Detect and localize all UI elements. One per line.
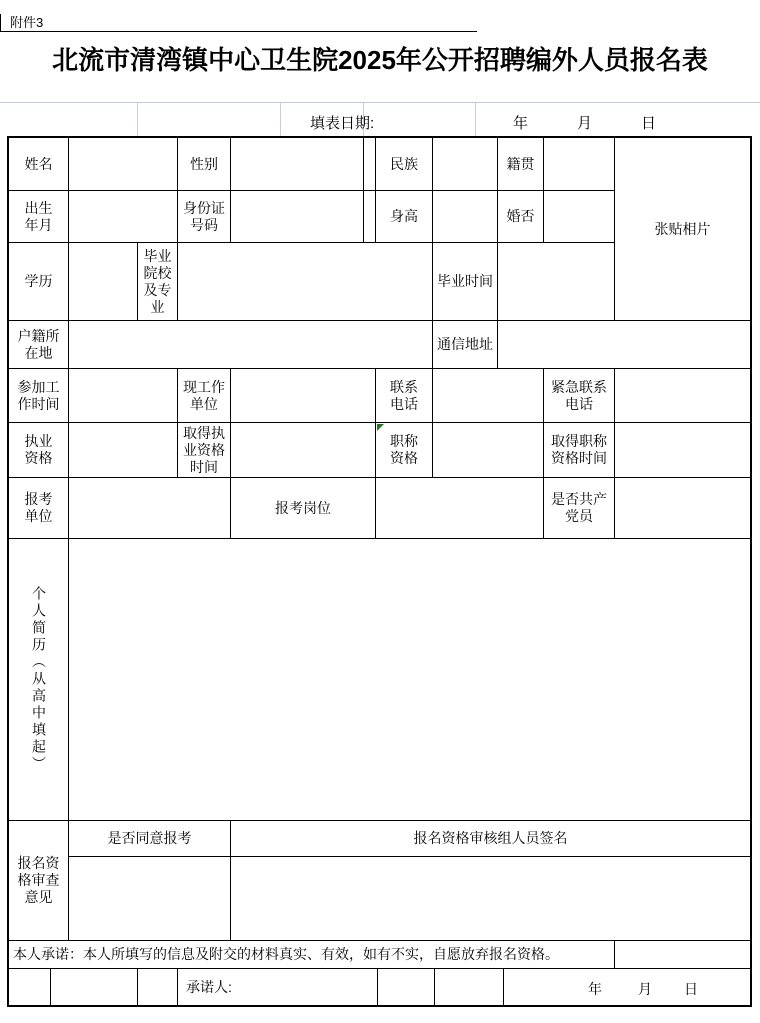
signature-row-cell [434, 968, 504, 1007]
promiser-label: 承诺人: [177, 968, 378, 1007]
education-label: 学历 [8, 242, 69, 321]
name-value-cell[interactable] [68, 137, 178, 191]
practice-qual-time-label: 取得执业资格时间 [177, 422, 231, 478]
id-number-label: 身份证号码 [177, 190, 231, 243]
emergency-phone-value-cell[interactable] [614, 368, 751, 423]
marital-label: 婚否 [497, 190, 544, 243]
fill-date-day-label: 日 [641, 112, 656, 133]
party-member-value-cell[interactable] [614, 477, 751, 539]
ethnicity-value-cell[interactable] [432, 137, 498, 191]
apply-unit-label: 报考单位 [8, 477, 69, 539]
household-value-cell[interactable] [68, 320, 433, 369]
signature-day-label: 日 [684, 979, 698, 999]
marital-value-cell[interactable] [543, 190, 615, 243]
graduation-time-value-cell[interactable] [497, 242, 615, 321]
ethnicity-label: 民族 [375, 137, 433, 191]
apply-post-label: 报考岗位 [230, 477, 376, 539]
mailing-address-value-cell[interactable] [497, 320, 751, 369]
date-row-gridline [280, 103, 281, 137]
fill-date-year-label: 年 [513, 112, 528, 133]
photo-paste-cell[interactable]: 张贴相片 [614, 137, 751, 321]
signature-year-label: 年 [588, 979, 602, 999]
birth-date-value-cell[interactable] [68, 190, 178, 243]
graduation-time-label: 毕业时间 [432, 242, 498, 321]
signature-row-cell [377, 968, 435, 1007]
agree-apply-value-cell[interactable] [68, 856, 231, 941]
practice-qual-value-cell[interactable] [68, 422, 178, 478]
date-row-gridline [137, 103, 138, 137]
employer-value-cell[interactable] [230, 368, 376, 423]
phone-label: 联系电话 [375, 368, 433, 423]
work-start-value-cell[interactable] [68, 368, 178, 423]
apply-unit-value-cell[interactable] [68, 477, 231, 539]
signature-month-label: 月 [638, 979, 652, 999]
fill-date-month-label: 月 [577, 112, 592, 133]
title-qual-value-cell[interactable] [432, 422, 544, 478]
school-major-value-cell[interactable] [177, 242, 433, 321]
review-sign-label: 报名资格审核组人员签名 [230, 820, 751, 857]
attachment-label: 附件3 [10, 12, 43, 31]
school-major-label: 毕业院校及专业 [137, 242, 178, 321]
fill-date-label: 填表日期: [310, 112, 374, 133]
emergency-phone-label: 紧急联系电话 [543, 368, 615, 423]
review-opinion-label: 报名资格审查意见 [8, 820, 69, 941]
commitment-statement: 本人承诺：本人所填写的信息及附交的材料真实、有效，如有不实，自愿放弃报名资格。 [8, 940, 615, 969]
education-value-cell[interactable] [68, 242, 138, 321]
id-number-value-cell[interactable] [230, 190, 364, 243]
practice-qual-time-value-cell[interactable] [230, 422, 376, 478]
signature-row-cell [8, 968, 51, 1007]
party-member-label: 是否共产党员 [543, 477, 615, 539]
birth-date-label: 出生年月 [8, 190, 69, 243]
title-bottom-gridline [0, 102, 760, 103]
title-qual-time-value-cell[interactable] [614, 422, 751, 478]
work-start-label: 参加工作时间 [8, 368, 69, 423]
commitment-side-cell [614, 940, 751, 969]
application-form-page: 附件3 北流市清湾镇中心卫生院2025年公开招聘编外人员报名表 填表日期: 年 … [0, 0, 760, 1023]
resume-label: 个人简历（从高中填起） [8, 538, 69, 821]
height-value-cell[interactable] [432, 190, 498, 243]
date-row-gridline [475, 103, 476, 137]
native-place-label: 籍贯 [497, 137, 544, 191]
attachment-underline [0, 31, 477, 32]
native-place-value-cell[interactable] [543, 137, 615, 191]
employer-label: 现工作单位 [177, 368, 231, 423]
cell-comment-indicator-icon [377, 424, 384, 431]
gender-label: 性别 [177, 137, 231, 191]
signature-row-cell [137, 968, 178, 1007]
resume-value-cell[interactable] [68, 538, 751, 821]
height-label: 身高 [375, 190, 433, 243]
agree-apply-label: 是否同意报考 [68, 820, 231, 857]
practice-qual-label: 执业资格 [8, 422, 69, 478]
name-label: 姓名 [8, 137, 69, 191]
attachment-cell-left-border [0, 14, 1, 32]
title-qual-time-label: 取得职称资格时间 [543, 422, 615, 478]
household-label: 户籍所在地 [8, 320, 69, 369]
signature-date-cell [503, 968, 751, 1007]
mailing-address-label: 通信地址 [432, 320, 498, 369]
review-sign-value-cell[interactable] [230, 856, 751, 941]
gender-value-cell[interactable] [230, 137, 364, 191]
phone-value-cell[interactable] [432, 368, 544, 423]
form-title: 北流市清湾镇中心卫生院2025年公开招聘编外人员报名表 [0, 40, 760, 77]
signature-row-cell [50, 968, 138, 1007]
apply-post-value-cell[interactable] [375, 477, 544, 539]
